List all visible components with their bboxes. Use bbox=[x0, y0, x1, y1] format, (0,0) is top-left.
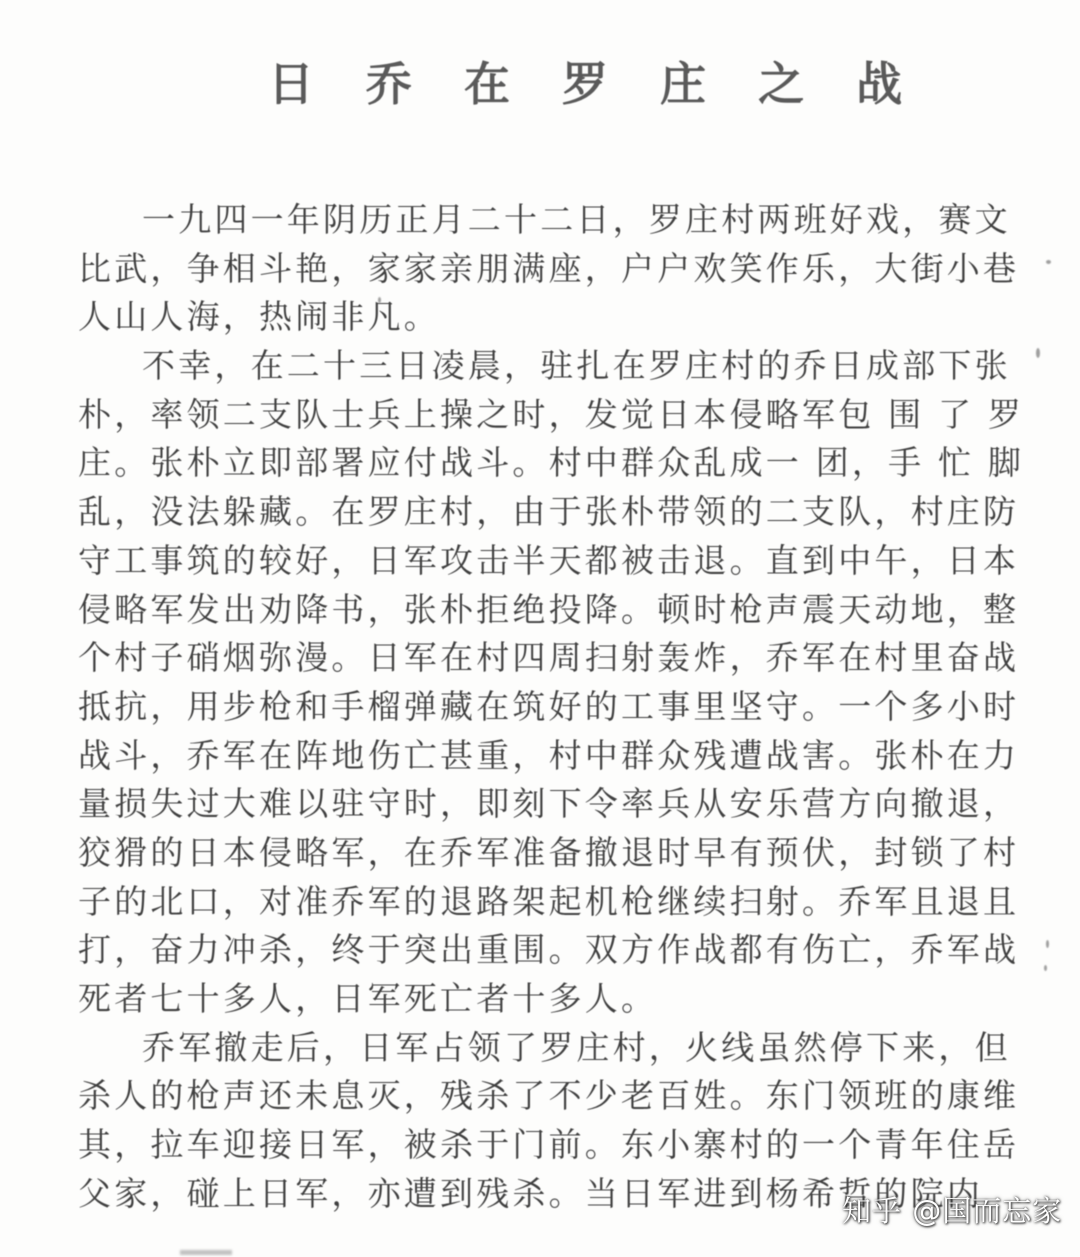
scanned-page: 日 乔 在 罗 庄 之 战 一九四一年阴历正月二十二日，罗庄村两班好戏，赛文比武… bbox=[0, 0, 1080, 1257]
text-line: 抵抗，用步枪和手榴弹藏在筑好的工事里坚守。一个多小时 bbox=[78, 683, 928, 732]
text-line: 战斗，乔军在阵地伤亡甚重，村中群众残遭战害。张朴在力 bbox=[78, 732, 928, 781]
text-line: 侵略军发出劝降书，张朴拒绝投降。顿时枪声震天动地，整 bbox=[78, 586, 928, 635]
scan-speck bbox=[1036, 348, 1040, 358]
text-line: 狡猾的日本侵略军，在乔军准备撤退时早有预伏，封锁了村 bbox=[78, 829, 928, 878]
text-line: 杀人的枪声还未息灭，残杀了不少老百姓。东门领班的康维 bbox=[78, 1072, 928, 1121]
text-line: 一九四一年阴历正月二十二日，罗庄村两班好戏，赛文 bbox=[78, 196, 928, 245]
text-line: 不幸，在二十三日凌晨，驻扎在罗庄村的乔日成部下张 bbox=[78, 342, 928, 391]
text-line: 个村子硝烟弥漫。日军在村四周扫射轰炸，乔军在村里奋战 bbox=[78, 634, 928, 683]
text-line: 子的北口，对准乔军的退路架起机枪继续扫射。乔军且退且 bbox=[78, 878, 928, 927]
text-line: 打，奋力冲杀，终于突出重围。双方作战都有伤亡，乔军战 bbox=[78, 926, 928, 975]
text-line: 乔军撤走后，日军占领了罗庄村，火线虽然停下来，但 bbox=[78, 1024, 928, 1073]
text-line: 其，拉车迎接日军，被杀于门前。东小寨村的一个青年住岳 bbox=[78, 1121, 928, 1170]
text-line: 死者七十多人，日军死亡者十多人。 bbox=[78, 975, 928, 1024]
watermark: 知乎 @国而忘家 bbox=[842, 1189, 1062, 1230]
text-line: 量损失过大难以驻守时，即刻下令率兵从安乐营方向撤退， bbox=[78, 780, 928, 829]
scan-speck bbox=[378, 297, 381, 303]
scan-speck bbox=[1044, 965, 1047, 971]
text-line: 比武，争相斗艳，家家亲朋满座，户户欢笑作乐，大街小巷 bbox=[78, 245, 928, 294]
page-number-fragment bbox=[180, 1250, 232, 1255]
text-line: 人山人海，热闹非凡。 bbox=[78, 293, 928, 342]
text-line: 父家，碰上日军，亦遭到残杀。当日军进到杨希哲的院内 bbox=[78, 1170, 928, 1219]
article-body: 一九四一年阴历正月二十二日，罗庄村两班好戏，赛文比武，争相斗艳，家家亲朋满座，户… bbox=[78, 196, 928, 1218]
scan-speck bbox=[1046, 940, 1049, 948]
text-line: 庄。张朴立即部署应付战斗。村中群众乱成一 团，手 忙 脚 bbox=[78, 439, 928, 488]
scan-speck bbox=[1046, 260, 1051, 264]
text-line: 朴，率领二支队士兵上操之时，发觉日本侵略军包 围 了 罗 bbox=[78, 391, 928, 440]
page-title: 日 乔 在 罗 庄 之 战 bbox=[268, 48, 708, 114]
text-line: 乱，没法躲藏。在罗庄村，由于张朴带领的二支队，村庄防 bbox=[78, 488, 928, 537]
text-line: 守工事筑的较好，日军攻击半天都被击退。直到中午，日本 bbox=[78, 537, 928, 586]
